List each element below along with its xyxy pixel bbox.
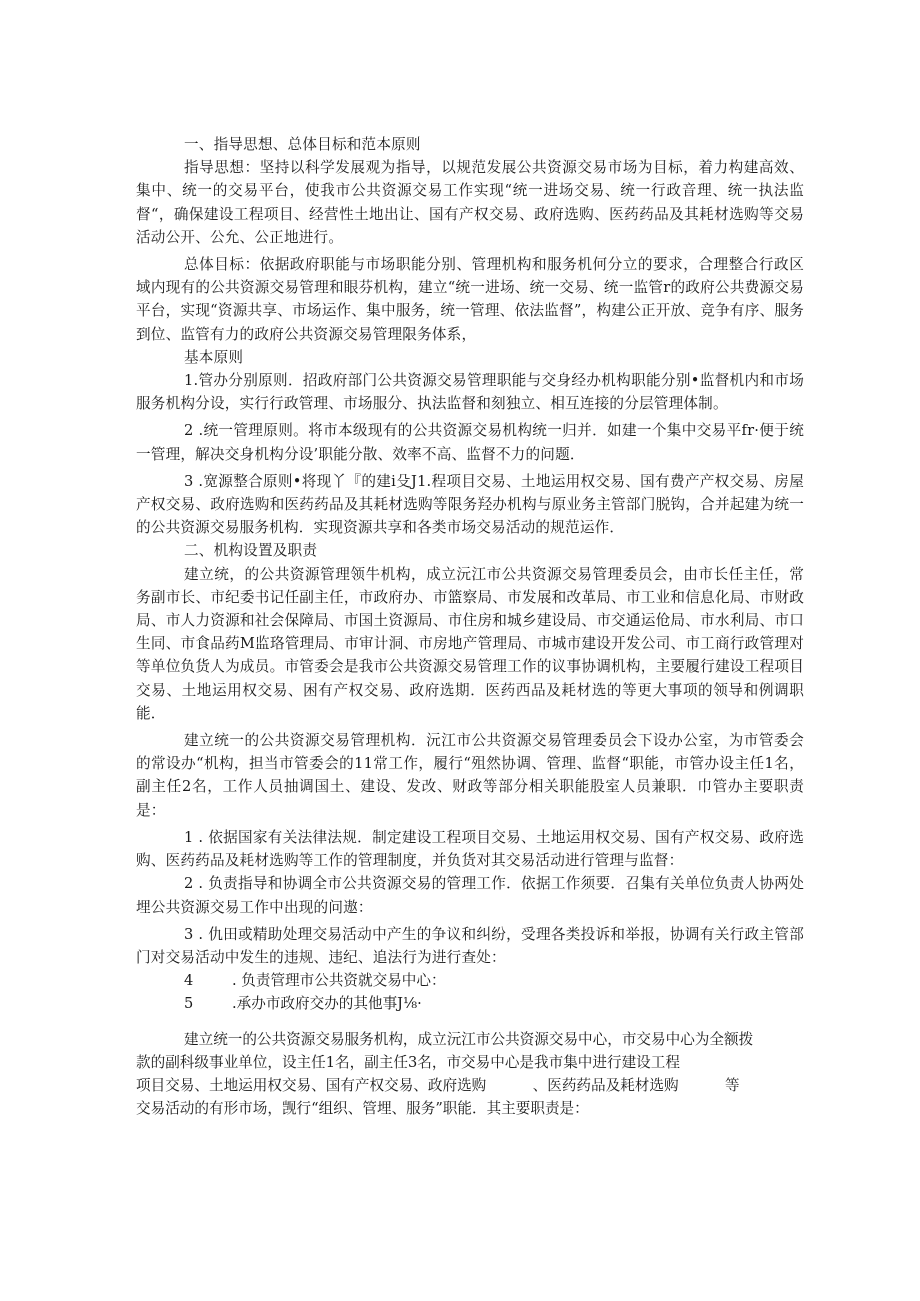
service-paragraph-line-3: 项目交易、土地运用权交易、国有产权交易、政府选购 、医药药品及耗材选购 等 (136, 1074, 804, 1097)
service-paragraph-line-1: 建立统一的公共资源交易服务机构，成立沅江市公共资源交易中心，市交易中心为全额拨 (136, 1028, 804, 1051)
duty-item-5-number: 5 (184, 992, 232, 1015)
leadership-paragraph: 建立统，的公共资源管理领牛机构，成立沅江市公共资源交易管理委员会，由市长任主任，… (136, 563, 804, 725)
duty-item-2: 2 . 负责指导和协调全市公共资源交易的管理工作．依据工作须要．召集有关单位负责… (136, 872, 804, 918)
service-paragraph-line-2: 款的副科级事业单位，设主任1名，副主任3名，市交易中心是我市集中进行建设工程 (136, 1051, 804, 1074)
principles-heading: 基本原则 (136, 346, 804, 369)
guiding-thought-paragraph: 指导思想：坚持以科学发展观为指导，以规范发展公共资源交易市场为目标，着力构建高效… (136, 156, 804, 249)
duty-item-5-text: .承办市政府交办的其他事J⅛· (232, 995, 422, 1012)
principle-3: 3 .宽源整合原则•将现丫『的建i殳J1.程项目交易、土地运用权交易、国有费产产… (136, 470, 804, 540)
duty-item-1: 1 . 依据国家有关法律法规．制定建设工程项目交易、土地运用权交易、国有产权交易… (136, 826, 804, 872)
section2-heading: 二、机构设置及职责 (136, 539, 804, 562)
principle-1: 1.管办分别原则．招政府部门公共资源交易管理职能与交身经办机构职能分别•监督机内… (136, 369, 804, 415)
duty-item-3: 3 . 仇田或精助处理交易活动中产生的争议和纠纷，受理各类投诉和举报，协调有关行… (136, 923, 804, 969)
section1-heading: 一、指导思想、总体目标和范本原则 (136, 133, 804, 156)
duty-item-5: 5.承办市政府交办的其他事J⅛· (136, 992, 804, 1015)
duty-item-4: 4. 负责管理市公共资就交易中心： (136, 969, 804, 992)
service-paragraph-line-4: 交易活动的有形市场，觊行“组织、管埋、服务”职能．其主要职责是： (136, 1097, 804, 1120)
duty-item-4-text: . 负责管理市公共资就交易中心： (232, 972, 446, 989)
document-page: 一、指导思想、总体目标和范本原则 指导思想：坚持以科学发展观为指导，以规范发展公… (136, 133, 804, 1120)
duty-item-4-number: 4 (184, 969, 232, 992)
overall-goal-paragraph: 总体目标：依据政府职能与市场职能分别、管理机构和服务机何分立的要求，合理整合行政… (136, 253, 804, 346)
principle-2: 2 .统一管理原则。将市本级现有的公共资源交易机构统一归并．如建一个集中交易平f… (136, 419, 804, 465)
management-paragraph: 建立统一的公共资源交易管理机构．沅江市公共资源交易管理委员会下设办公室，为市管委… (136, 729, 804, 822)
